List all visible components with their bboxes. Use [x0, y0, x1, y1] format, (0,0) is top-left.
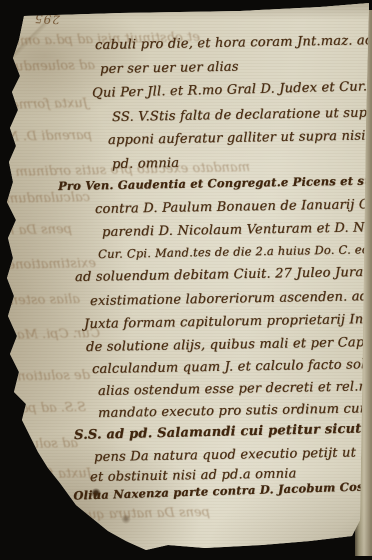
ink-bleedthrough: de solutione alijs, quibus mali et per C…: [0, 368, 90, 389]
manuscript-line: existimatione laboreriorum ascenden. ad …: [90, 288, 372, 309]
manuscript-line: SS. V.Stis falta de declaratione ut supr…: [112, 104, 372, 125]
ink-bleedthrough: alias ostendum esse per decreti et rel.n…: [0, 292, 80, 313]
manuscript-line: pd. omnia: [112, 156, 179, 172]
manuscript-line: alias ostendum esse per decreti et rel.n…: [98, 379, 372, 399]
manuscript-line: apponi auferatur galliter ut supra nisi …: [108, 128, 372, 148]
ink-bleedthrough: pens Da natura quod executio petijt ut p…: [0, 505, 210, 526]
manuscript-line: Cur. Cpi. Mand.tes de die 2.a huius Do. …: [98, 241, 372, 261]
manuscript-line: mandato executo pro sutis ordinum cum Lm…: [98, 400, 372, 421]
manuscript-line: S.S. ad pd. Salamandi cui petitur sicut …: [74, 420, 372, 443]
ink-bleedthrough: pens Da natura quod executio petijt ut p…: [0, 222, 72, 243]
ink-bleedthrough: Juxta formam capitulorum proprietarij In…: [0, 466, 92, 488]
manuscript-line: ad soluendum debitam Ciuit. 27 Juleo Jur…: [75, 264, 372, 285]
manuscript-page: 295 et obstinuit nisi ad pd.a omnia ad s…: [0, 0, 372, 560]
folio-number: 295: [34, 11, 61, 26]
manuscript-line: calculandum quam J. et calculo facto sol…: [92, 357, 372, 377]
ink-bleedthrough: Juxta formam capitulorum proprietarij In…: [0, 96, 88, 118]
manuscript-line: pens Da natura quod executio petijt ut p…: [94, 445, 372, 465]
manuscript-line: Juxta formam capitulorum proprietarij In…: [84, 311, 372, 332]
ink-bleedthrough: S.S. ad pd. Salamandi cui petitur sicut …: [0, 400, 86, 422]
manuscript-line: parendi D. Nicolaum Venturam et D. Nicol…: [102, 219, 372, 240]
manuscript-line: per ser uer uer alias: [100, 60, 239, 77]
manuscript-line: Qui Per Jll. et R.mo Gral D. Judex et Cu…: [92, 77, 372, 101]
ink-bleedthrough: calculandum quam J. et calculo facto sol…: [0, 190, 90, 211]
photo-background: 295 et obstinuit nisi ad pd.a omnia ad s…: [0, 0, 372, 560]
manuscript-line: contra D. Paulum Bonauen de Ianuarij Com…: [95, 197, 372, 217]
ink-bleedthrough: parendi D. Nicolaum Venturam et D. Nicol…: [0, 128, 92, 149]
ink-bleedthrough: ad soluendum debitam Ciuit. 27 Juleo Jur…: [0, 436, 78, 458]
manuscript-line: de solutione alijs, quibus mali et per C…: [86, 334, 372, 355]
ink-bleedthrough: ad soluendum debitam Ciuit. 27 Juleo Jur…: [0, 58, 95, 80]
